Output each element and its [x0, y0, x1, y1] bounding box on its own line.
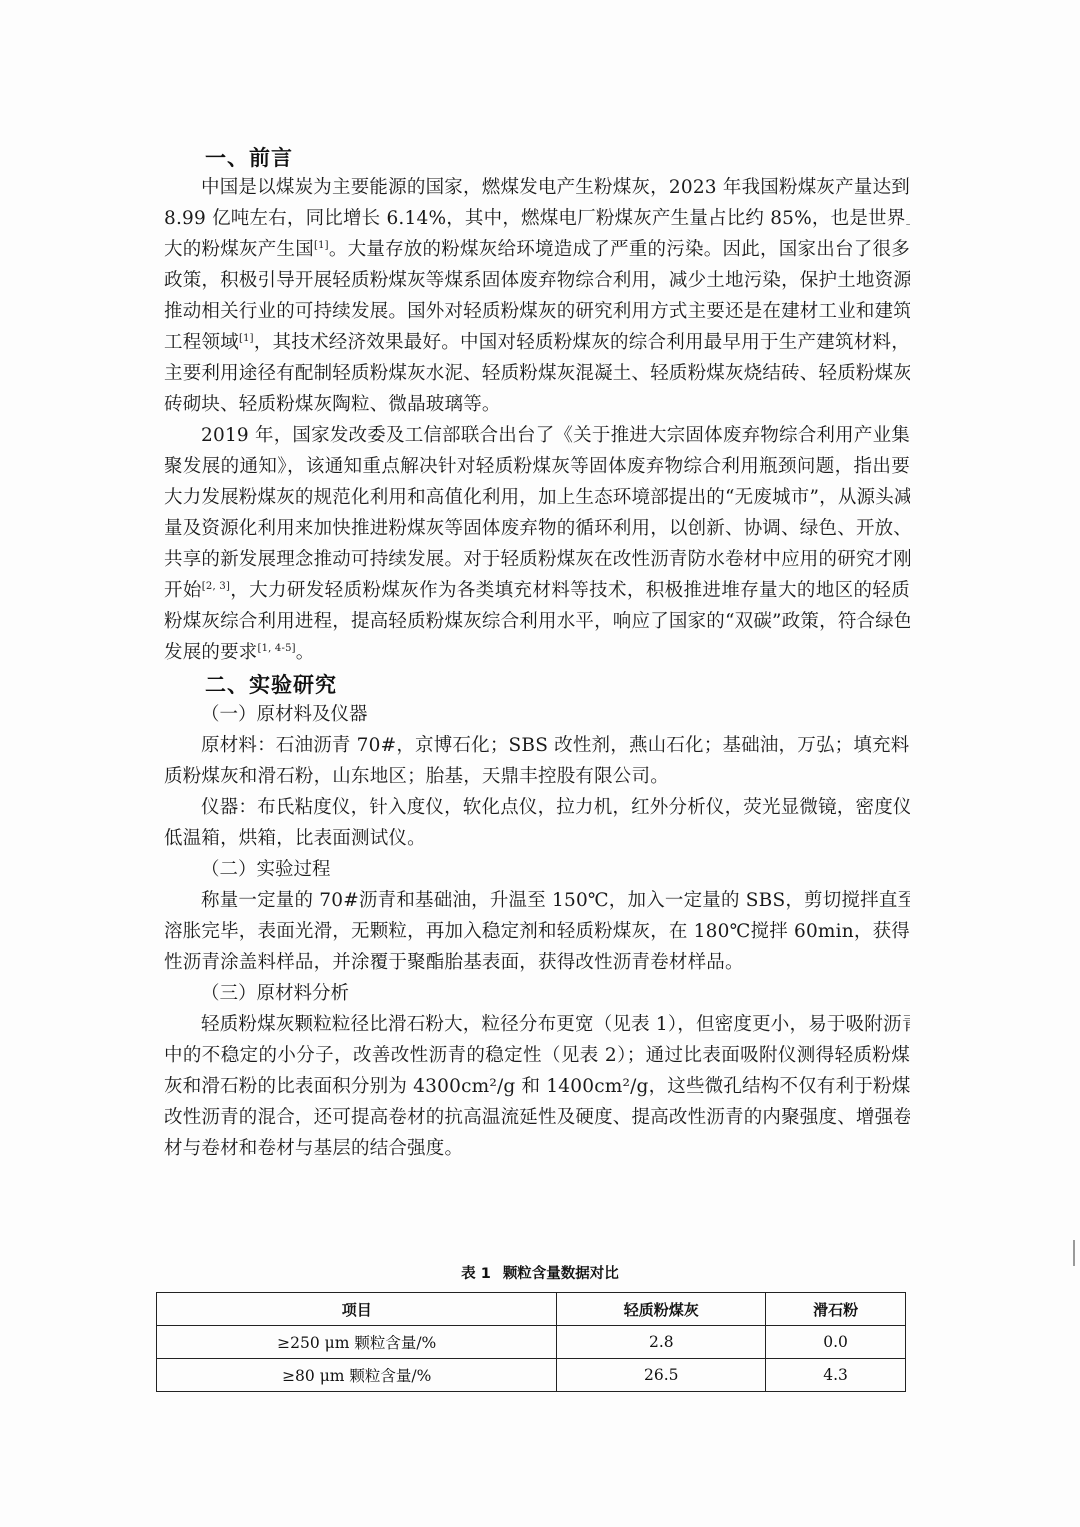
body-line: 性沥青涂盖料样品，并涂覆于聚酯胎基表面，获得改性沥青卷材样品。 — [164, 951, 910, 975]
body-line: 轻质粉煤灰颗粒粒径比滑石粉大，粒径分布更宽（见表 1），但密度更小，易于吸附沥青 — [201, 1013, 910, 1037]
body-line: 开始[2, 3]，大力研发轻质粉煤灰作为各类填充材料等技术，积极推进堆存量大的地… — [164, 579, 910, 603]
body-line: 2019 年，国家发改委及工信部联合出台了《关于推进大宗固体废弃物综合利用产业集 — [201, 424, 910, 448]
body-line: 低温箱，烘箱，比表面测试仪。 — [164, 827, 910, 851]
text-span: ，其技术经济效果最好。中国对轻质粉煤灰的综合利用最早用于生产建筑材料， — [254, 332, 910, 353]
subsection-heading-process: （二）实验过程 — [201, 858, 331, 882]
text-span: 。 — [296, 642, 315, 663]
body-line: 量及资源化利用来加快推进粉煤灰等固体废弃物的循环利用，以创新、协调、绿色、开放、 — [164, 517, 910, 541]
body-line: 发展的要求[1, 4-5]。 — [164, 641, 910, 665]
body-line: 仪器：布氏粘度仪，针入度仪，软化点仪，拉力机，红外分析仪，荧光显微镜，密度仪， — [201, 796, 910, 820]
text-span: 开始 — [164, 580, 202, 601]
body-line: 大力发展粉煤灰的规范化利用和高值化利用，加上生态环境部提出的“无废城市”，从源头… — [164, 486, 910, 510]
body-line: 砖砌块、轻质粉煤灰陶粒、微晶玻璃等。 — [164, 393, 910, 417]
text-span: 大的粉煤灰产生国 — [164, 239, 314, 260]
text-span: ，大力研发轻质粉煤灰作为各类填充材料等技术，积极推进堆存量大的地区的轻质 — [230, 580, 910, 601]
body-line: 粉煤灰综合利用进程，提高轻质粉煤灰综合利用水平，响应了国家的“双碳”政策，符合绿… — [164, 610, 910, 634]
body-line: 大的粉煤灰产生国[1]。大量存放的粉煤灰给环境造成了严重的污染。因此，国家出台了… — [164, 238, 910, 262]
body-line: 灰和滑石粉的比表面积分别为 4300cm²/g 和 1400cm²/g，这些微孔… — [164, 1075, 910, 1099]
table-header-cell: 轻质粉煤灰 — [557, 1293, 766, 1326]
table-cell: ≥80 μm 颗粒含量/% — [157, 1359, 557, 1392]
text-span: 发展的要求 — [164, 642, 258, 663]
section-heading-preface: 一、前言 — [205, 145, 293, 171]
body-line: 工程领域[1]，其技术经济效果最好。中国对轻质粉煤灰的综合利用最早用于生产建筑材… — [164, 331, 910, 355]
subsection-heading-analysis: （三）原材料分析 — [201, 982, 349, 1006]
citation: [1, 4-5] — [258, 643, 296, 654]
citation: [1] — [239, 333, 254, 344]
table-row: ≥250 μm 颗粒含量/% 2.8 0.0 — [157, 1326, 906, 1359]
body-line: 原材料：石油沥青 70#，京博石化；SBS 改性剂，燕山石化；基础油，万弘；填充… — [201, 734, 910, 758]
table-header-cell: 项目 — [157, 1293, 557, 1326]
table-number: 表 1 — [461, 1266, 491, 1282]
scan-margin-mark — [1073, 1240, 1075, 1266]
body-line: 推动相关行业的可持续发展。国外对轻质粉煤灰的研究利用方式主要还是在建材工业和建筑 — [164, 300, 910, 324]
body-line: 质粉煤灰和滑石粉，山东地区；胎基，天鼎丰控股有限公司。 — [164, 765, 910, 789]
particle-content-table: 项目 轻质粉煤灰 滑石粉 ≥250 μm 颗粒含量/% 2.8 0.0 ≥80 … — [156, 1292, 906, 1392]
body-line: 溶胀完毕，表面光滑，无颗粒，再加入稳定剂和轻质粉煤灰，在 180℃搅拌 60mi… — [164, 920, 910, 944]
citation: [2, 3] — [202, 581, 230, 592]
table-caption: 表 1颗粒含量数据对比 — [0, 1262, 1080, 1283]
document-page: 一、前言 中国是以煤炭为主要能源的国家，燃煤发电产生粉煤灰，2023 年我国粉煤… — [0, 0, 1080, 1527]
body-line: 政策，积极引导开展轻质粉煤灰等煤系固体废弃物综合利用，减少土地污染，保护土地资源… — [164, 269, 910, 293]
table-cell: 26.5 — [557, 1359, 766, 1392]
table-row: ≥80 μm 颗粒含量/% 26.5 4.3 — [157, 1359, 906, 1392]
table-header-cell: 滑石粉 — [766, 1293, 906, 1326]
body-line: 改性沥青的混合，还可提高卷材的抗高温流延性及硬度、提高改性沥青的内聚强度、增强卷 — [164, 1106, 910, 1130]
text-span: 。大量存放的粉煤灰给环境造成了严重的污染。因此，国家出台了很多 — [329, 239, 910, 260]
body-line: 称量一定量的 70#沥青和基础油，升温至 150℃，加入一定量的 SBS，剪切搅… — [201, 889, 910, 913]
table-cell: 4.3 — [766, 1359, 906, 1392]
body-line: 中的不稳定的小分子，改善改性沥青的稳定性（见表 2）；通过比表面吸附仪测得轻质粉… — [164, 1044, 910, 1068]
body-line: 中国是以煤炭为主要能源的国家，燃煤发电产生粉煤灰，2023 年我国粉煤灰产量达到 — [201, 176, 910, 200]
section-heading-experiment: 二、实验研究 — [205, 672, 337, 698]
body-line: 材与卷材和卷材与基层的结合强度。 — [164, 1137, 910, 1161]
citation: [1] — [314, 240, 329, 251]
body-line: 8.99 亿吨左右，同比增长 6.14%，其中，燃煤电厂粉煤灰产生量占比约 85… — [164, 207, 910, 231]
table-cell: 2.8 — [557, 1326, 766, 1359]
table-title: 颗粒含量数据对比 — [503, 1266, 619, 1282]
text-span: 工程领域 — [164, 332, 239, 353]
body-line: 聚发展的通知》，该通知重点解决针对轻质粉煤灰等固体废弃物综合利用瓶颈问题，指出要 — [164, 455, 910, 479]
body-line: 主要利用途径有配制轻质粉煤灰水泥、轻质粉煤灰混凝土、轻质粉煤灰烧结砖、轻质粉煤灰 — [164, 362, 910, 386]
table-header-row: 项目 轻质粉煤灰 滑石粉 — [157, 1293, 906, 1326]
table-cell: 0.0 — [766, 1326, 906, 1359]
body-line: 共享的新发展理念推动可持续发展。对于轻质粉煤灰在改性沥青防水卷材中应用的研究才刚 — [164, 548, 910, 572]
table-cell: ≥250 μm 颗粒含量/% — [157, 1326, 557, 1359]
subsection-heading-materials: （一）原材料及仪器 — [201, 703, 368, 727]
